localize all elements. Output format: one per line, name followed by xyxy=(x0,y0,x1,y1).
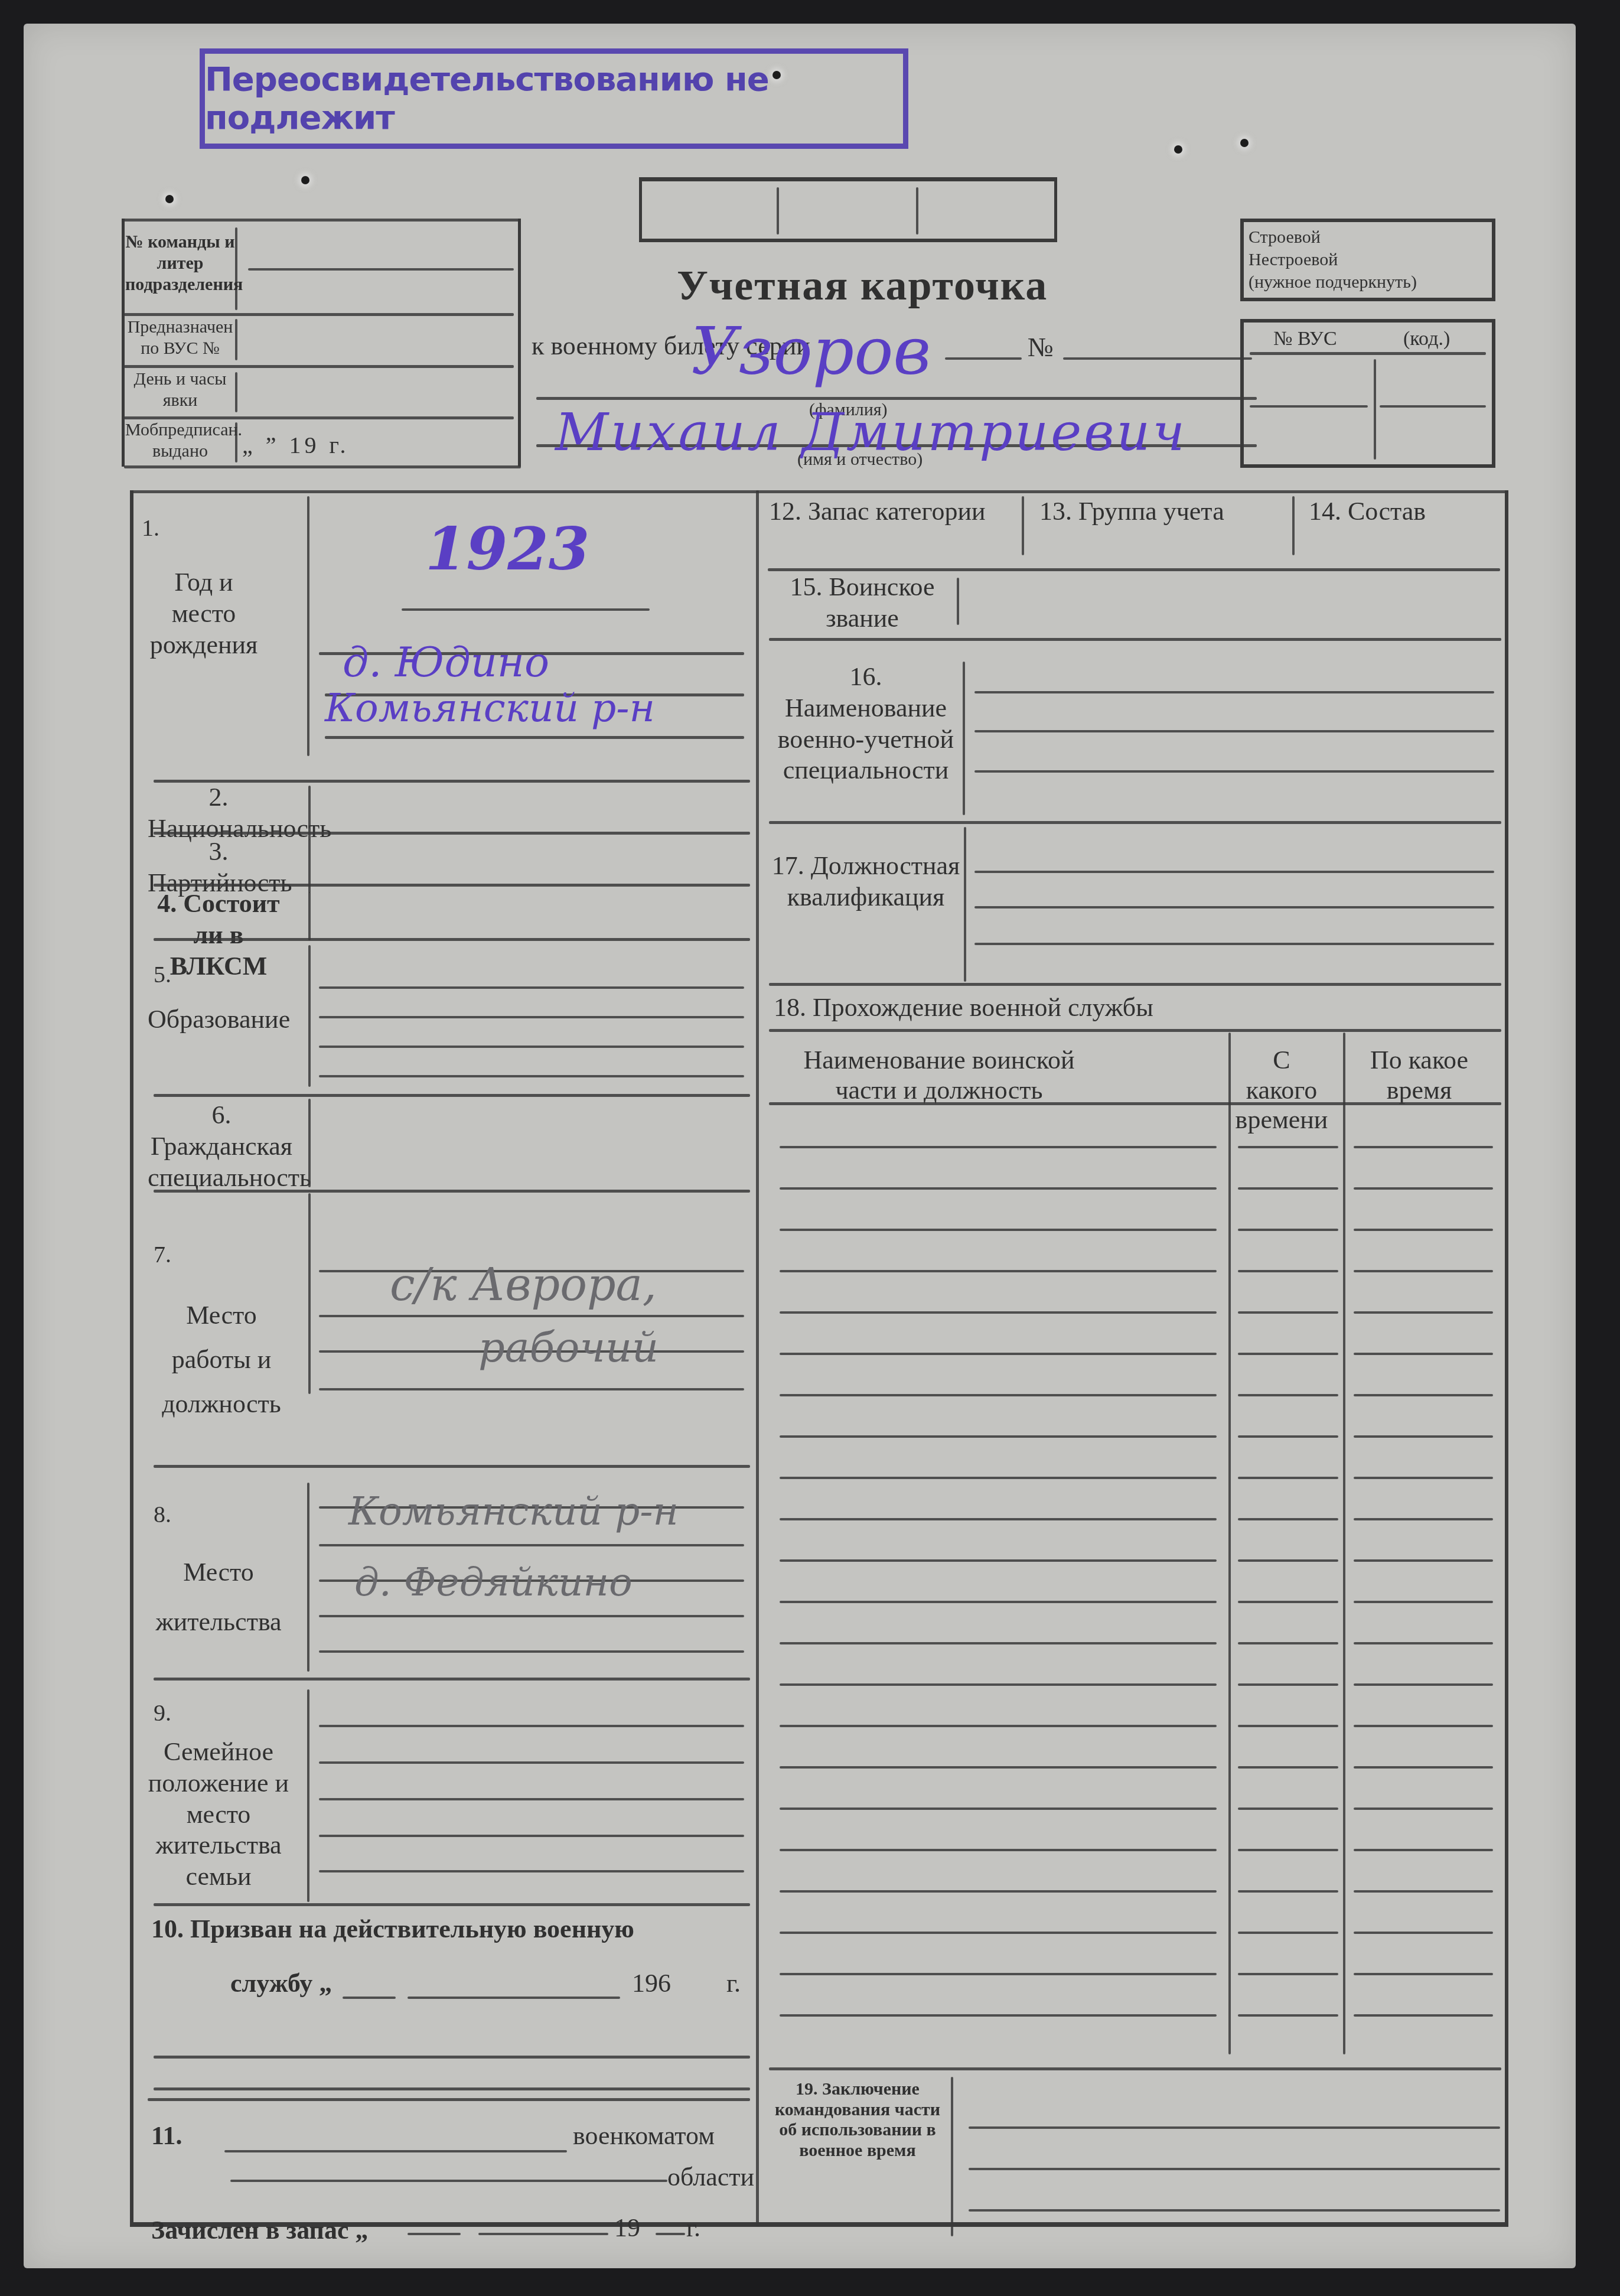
vus-code-box: № ВУС (код.) xyxy=(1240,319,1495,468)
punch-hole xyxy=(1240,139,1249,147)
service-table-rule xyxy=(780,1477,1217,1479)
workplace-handwritten: с/к Аврора, xyxy=(390,1258,657,1311)
service-table-rule xyxy=(1354,1683,1493,1686)
field-11-reserve: Зачислен в запас „ xyxy=(151,2215,368,2246)
service-table-rule xyxy=(780,1311,1217,1314)
label-mob-order: Мобпредписан. выдано xyxy=(125,419,235,462)
birth-village: д. Юдино xyxy=(343,638,549,686)
service-table-rule xyxy=(1354,1270,1493,1272)
punch-hole xyxy=(1174,145,1182,154)
field-13-label: 13. Группа учета xyxy=(1039,496,1224,527)
service-table-rule xyxy=(1238,1766,1338,1769)
field-11-year: 19 xyxy=(614,2213,640,2244)
service-table-rule xyxy=(1238,1932,1338,1934)
field-10-label: 10. Призван на действительную военную xyxy=(151,1914,748,1945)
service-table-rule xyxy=(1354,1973,1493,1975)
service-table-rule xyxy=(1238,1187,1338,1190)
field-8-num: 8. xyxy=(154,1500,171,1529)
duty-type-box: Строевой Нестроевой (нужное подчеркнуть) xyxy=(1240,219,1495,301)
field-16-label: 16. Наименование военно-учетной специаль… xyxy=(771,662,960,786)
service-table-rule xyxy=(780,1849,1217,1851)
service-table-rule xyxy=(780,1229,1217,1231)
service-table-rule xyxy=(1354,1477,1493,1479)
birth-year: 1923 xyxy=(425,514,589,584)
service-table-rule xyxy=(1354,2014,1493,2017)
service-table-rule xyxy=(1238,1270,1338,1272)
punch-hole xyxy=(301,176,309,184)
field-8-label: Место жительства xyxy=(142,1548,295,1646)
punch-hole xyxy=(165,195,174,203)
service-table-rule xyxy=(1354,1849,1493,1851)
field-1-label: Год и место рождения xyxy=(142,567,266,660)
service-table-rule xyxy=(1354,1725,1493,1727)
field-14-label: 14. Состав xyxy=(1309,496,1426,527)
service-table-rule xyxy=(1238,1890,1338,1893)
service-table-rule xyxy=(1238,1435,1338,1438)
field-11-suffix: г. xyxy=(686,2213,700,2244)
field-11-num: 11. xyxy=(151,2121,182,2152)
option-non-line-duty: Нестроевой xyxy=(1249,249,1338,271)
service-table-rule xyxy=(1238,1311,1338,1314)
residence-district-handwritten: Комьянский р-н xyxy=(348,1489,679,1534)
field-6-label: 6. Гражданская специальность xyxy=(148,1100,295,1193)
service-table-rule xyxy=(1354,1146,1493,1148)
service-table-rule xyxy=(1238,1477,1338,1479)
service-table-rule xyxy=(1354,1311,1493,1314)
service-table-rule xyxy=(780,2014,1217,2017)
service-table-rule xyxy=(1354,1932,1493,1934)
service-table-rule xyxy=(1354,1435,1493,1438)
service-table-rule xyxy=(780,1683,1217,1686)
service-table-rule xyxy=(1238,1725,1338,1727)
service-table-rule xyxy=(780,1601,1217,1603)
residence-village-handwritten: д. Федяйкино xyxy=(354,1559,633,1605)
service-table-rule xyxy=(780,1559,1217,1562)
field-19-label: 19. Заключение командования части об исп… xyxy=(769,2079,946,2161)
service-table-rule xyxy=(1238,1146,1338,1148)
surname-handwritten: Узоров xyxy=(691,313,931,389)
page-title: Учетная карточка xyxy=(632,260,1093,311)
service-table-rule xyxy=(1238,1601,1338,1603)
service-table-rule xyxy=(780,1187,1217,1190)
vus-label: № ВУС xyxy=(1273,327,1337,351)
registration-card: Переосвидетельствованию не подлежит Учет… xyxy=(24,24,1576,2268)
field-15-label: 15. Воинское звание xyxy=(768,572,957,634)
service-table-rule xyxy=(1354,1518,1493,1520)
service-table-rule xyxy=(780,1394,1217,1396)
service-table-rule xyxy=(1238,1849,1338,1851)
service-table-rule xyxy=(1238,1229,1338,1231)
field-5-num: 5. xyxy=(154,960,171,989)
field-10-service: службу „ xyxy=(230,1968,332,1999)
label-appearance-time: День и часы явки xyxy=(125,369,235,411)
service-table-rule xyxy=(1354,1229,1493,1231)
service-table-rule xyxy=(780,1725,1217,1727)
service-table-rule xyxy=(780,1270,1217,1272)
position-handwritten: рабочий xyxy=(478,1323,659,1372)
service-table-rule xyxy=(780,1973,1217,1975)
service-table-rule xyxy=(1238,2014,1338,2017)
underline-hint: (нужное подчеркнуть) xyxy=(1249,272,1417,293)
service-table-rule xyxy=(1354,1187,1493,1190)
service-table-rule xyxy=(1238,1973,1338,1975)
service-table-rule xyxy=(780,1353,1217,1355)
field-7-label: Место работы и должность xyxy=(148,1294,295,1426)
service-table-rule xyxy=(1354,1559,1493,1562)
service-table-rule xyxy=(1354,1808,1493,1810)
col-unit-and-position: Наименование воинской части и должность xyxy=(774,1046,1104,1105)
service-table-rule xyxy=(780,1435,1217,1438)
number-sign: № xyxy=(1028,331,1054,363)
code-label: (код.) xyxy=(1403,327,1450,351)
mob-order-date: „ ” 19 г. xyxy=(242,431,514,460)
label-command-number: № команды и литер подразделения xyxy=(125,232,235,295)
service-table-rule xyxy=(1354,1890,1493,1893)
option-line-duty: Строевой xyxy=(1249,227,1321,248)
field-11-oblast: области xyxy=(667,2162,754,2193)
service-table-rule xyxy=(1238,1559,1338,1562)
field-10-suffix: г. xyxy=(726,1968,741,1999)
field-11-voenkomat: военкоматом xyxy=(573,2121,715,2152)
field-7-num: 7. xyxy=(154,1240,171,1269)
service-table-rule xyxy=(1354,1766,1493,1769)
field-12-label: 12. Запас категории xyxy=(769,496,1047,527)
field-1-num: 1. xyxy=(142,514,159,542)
service-table-rule xyxy=(780,1642,1217,1644)
service-table-rule xyxy=(1354,1394,1493,1396)
field-17-label: 17. Должностная квалификация xyxy=(771,851,960,913)
service-table-rule xyxy=(1238,1518,1338,1520)
service-table-rule xyxy=(1354,1601,1493,1603)
birth-district: Комьянский р-н xyxy=(325,685,655,731)
name-handwritten: Михаил Дмитриевич xyxy=(555,402,1187,463)
field-10-year: 196 xyxy=(632,1968,671,1999)
service-table-rule xyxy=(780,1146,1217,1148)
service-table-rule xyxy=(1354,1642,1493,1644)
code-boxes xyxy=(639,177,1057,242)
col-to-date: По какое время xyxy=(1339,1046,1499,1105)
service-table-rule xyxy=(1238,1353,1338,1355)
field-9-label: Семейное положение и место жительства се… xyxy=(142,1737,295,1893)
label-vus-assignment: Предназначен по ВУС № xyxy=(125,317,235,359)
field-9-num: 9. xyxy=(154,1699,171,1727)
service-table-rule xyxy=(1238,1808,1338,1810)
service-table-rule xyxy=(780,1766,1217,1769)
col-from-date: С какого времени xyxy=(1234,1046,1329,1135)
field-2-label: 2. Национальность xyxy=(148,782,289,845)
field-18-label: 18. Прохождение военной службы xyxy=(774,992,1153,1024)
service-table-rule xyxy=(780,1932,1217,1934)
service-table-rule xyxy=(1238,1394,1338,1396)
service-table-rule xyxy=(1354,1353,1493,1355)
stamp-not-subject-to-reexamination: Переосвидетельствованию не подлежит xyxy=(200,48,908,149)
service-table-rule xyxy=(1238,1642,1338,1644)
service-table-rule xyxy=(780,1890,1217,1893)
service-table-rule xyxy=(1238,1683,1338,1686)
field-5-label: Образование xyxy=(148,1004,289,1035)
service-table-rule xyxy=(780,1808,1217,1810)
service-table-rule xyxy=(780,1518,1217,1520)
